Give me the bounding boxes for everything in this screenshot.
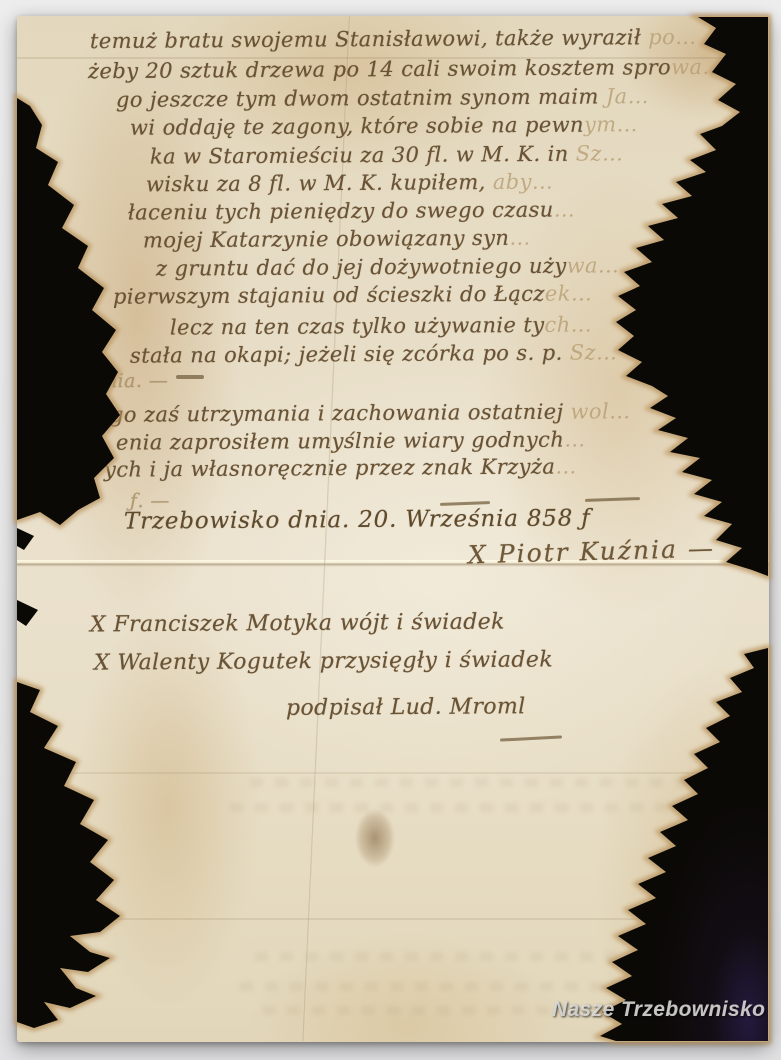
manuscript-line: go jeszcze tym dwom ostatnim synom maim … — [116, 84, 649, 112]
manuscript-line: z gruntu dać do jej dożywotniego używa… — [156, 253, 619, 280]
fold-crease-faint-bottom — [17, 918, 769, 920]
ink-dash — [176, 375, 204, 379]
date-line: Trzebowisko dnia. 20. Września 858 ƒ — [124, 505, 591, 534]
manuscript-line: mojej Katarzynie obowiązany syn… — [143, 226, 531, 253]
manuscript-line: pierwszym stajaniu od ścieszki do Łączek… — [113, 281, 592, 308]
fold-crease-faint-lower — [17, 772, 769, 774]
bleed-through-text — [255, 952, 705, 961]
manuscript-line: żeby 20 sztuk drzewa po 14 cali swoim ko… — [88, 55, 724, 83]
manuscript-line: lecz na ten czas tylko używanie tych… — [170, 313, 592, 340]
watermark: Nasze Trzebownisko — [552, 998, 765, 1022]
scanned-manuscript-photo: temuż bratu swojemu Stanisławowi, także … — [0, 0, 781, 1060]
manuscript-line: stała na okapi; jeżeli się zcórka po s. … — [130, 340, 618, 367]
manuscript-line: enia zaprosiłem umyślnie wiary godnych… — [116, 427, 586, 454]
bleed-through-text — [240, 982, 710, 991]
manuscript-line: temuż bratu swojemu Stanisławowi, także … — [90, 25, 697, 53]
witness-line-1: X Franciszek Motyka wójt i świadek — [90, 610, 505, 638]
manuscript-line: go zaś utrzymania i zachowania ostatniej… — [110, 399, 631, 427]
manuscript-line: wisku za 8 fl. w M. K. kupiłem, aby… — [146, 170, 553, 197]
manuscript-line: ych i ja własnoręcznie przez znak Krzyża… — [104, 454, 577, 481]
manuscript-line: wi oddaję te zagony, które sobie na pewn… — [130, 112, 638, 140]
bleed-through-text — [250, 778, 720, 787]
manuscript-fragment: nia. — — [105, 370, 168, 392]
witness-line-2: X Walenty Kogutek przysięgły i świadek — [94, 647, 553, 675]
manuscript-line: łaceniu tych pieniędzy do swego czasu… — [128, 197, 575, 224]
manuscript-line: ka w Staromieściu za 30 fl. w M. K. in S… — [150, 141, 623, 168]
clerk-signature: podpisał Lud. Mroml — [286, 694, 526, 721]
bleed-through-text — [230, 803, 730, 812]
